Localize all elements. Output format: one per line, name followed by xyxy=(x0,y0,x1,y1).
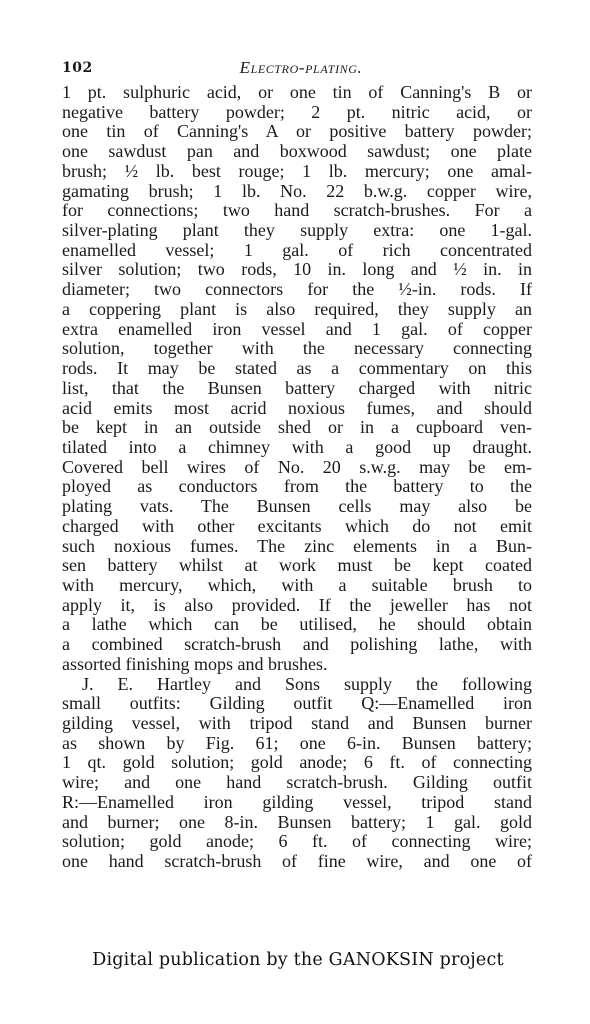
text-line: J. E. Hartley and Sons supply the follow… xyxy=(62,675,532,695)
text-line: a combined scratch-brush and polishing l… xyxy=(62,635,532,655)
text-line: with mercury, which, with a suitable bru… xyxy=(62,576,532,596)
text-line: charged with other excitants which do no… xyxy=(62,517,532,537)
text-line: silver solution; two rods, 10 in. long a… xyxy=(62,260,532,280)
text-line: solution; gold anode; 6 ft. of connectin… xyxy=(62,832,532,852)
text-line: be kept in an outside shed or in a cupbo… xyxy=(62,418,532,438)
body-text: 1 pt. sulphuric acid, or one tin of Cann… xyxy=(62,83,532,872)
text-line: brush; ½ lb. best rouge; 1 lb. mercury; … xyxy=(62,162,532,182)
text-line: rods. It may be stated as a commentary o… xyxy=(62,359,532,379)
text-line: a coppering plant is also required, they… xyxy=(62,300,532,320)
text-line: for connections; two hand scratch-brushe… xyxy=(62,201,532,221)
text-line: a lathe which can be utilised, he should… xyxy=(62,615,532,635)
text-line: 1 pt. sulphuric acid, or one tin of Cann… xyxy=(62,83,532,103)
paragraph: J. E. Hartley and Sons supply the follow… xyxy=(62,675,532,872)
text-line: 1 qt. gold solution; gold anode; 6 ft. o… xyxy=(62,753,532,773)
text-line: small outfits: Gilding outfit Q:—Enamell… xyxy=(62,694,532,714)
text-line: one tin of Canning's A or positive batte… xyxy=(62,122,532,142)
text-line: silver-plating plant they supply extra: … xyxy=(62,221,532,241)
text-line: one sawdust pan and boxwood sawdust; one… xyxy=(62,142,532,162)
text-line: assorted finishing mops and brushes. xyxy=(62,655,532,675)
text-line: gamating brush; 1 lb. No. 22 b.w.g. copp… xyxy=(62,182,532,202)
text-line: Covered bell wires of No. 20 s.w.g. may … xyxy=(62,458,532,478)
page-header: 102 Electro-plating. xyxy=(62,58,530,80)
text-line: ployed as conductors from the battery to… xyxy=(62,477,532,497)
text-line: sen battery whilst at work must be kept … xyxy=(62,556,532,576)
text-line: as shown by Fig. 61; one 6-in. Bunsen ba… xyxy=(62,734,532,754)
text-line: list, that the Bunsen battery charged wi… xyxy=(62,379,532,399)
running-head: Electro-plating. xyxy=(62,58,530,78)
text-line: tilated into a chimney with a good up dr… xyxy=(62,438,532,458)
text-line: gilding vessel, with tripod stand and Bu… xyxy=(62,714,532,734)
text-line: enamelled vessel; 1 gal. of rich concent… xyxy=(62,241,532,261)
text-line: extra enamelled iron vessel and 1 gal. o… xyxy=(62,320,532,340)
text-line: acid emits most acrid noxious fumes, and… xyxy=(62,399,532,419)
text-line: plating vats. The Bunsen cells may also … xyxy=(62,497,532,517)
text-line: wire; and one hand scratch-brush. Gildin… xyxy=(62,773,532,793)
text-line: apply it, is also provided. If the jewel… xyxy=(62,596,532,616)
text-line: one hand scratch-brush of fine wire, and… xyxy=(62,852,532,872)
text-line: and burner; one 8-in. Bunsen battery; 1 … xyxy=(62,813,532,833)
publication-credit: Digital publication by the GANOKSIN proj… xyxy=(0,950,590,970)
text-line: diameter; two connectors for the ½-in. r… xyxy=(62,280,532,300)
text-line: such noxious fumes. The zinc elements in… xyxy=(62,537,532,557)
text-line: negative battery powder; 2 pt. nitric ac… xyxy=(62,103,532,123)
text-line: solution, together with the necessary co… xyxy=(62,339,532,359)
text-line: R:—Enamelled iron gilding vessel, tripod… xyxy=(62,793,532,813)
paragraph: 1 pt. sulphuric acid, or one tin of Cann… xyxy=(62,83,532,675)
